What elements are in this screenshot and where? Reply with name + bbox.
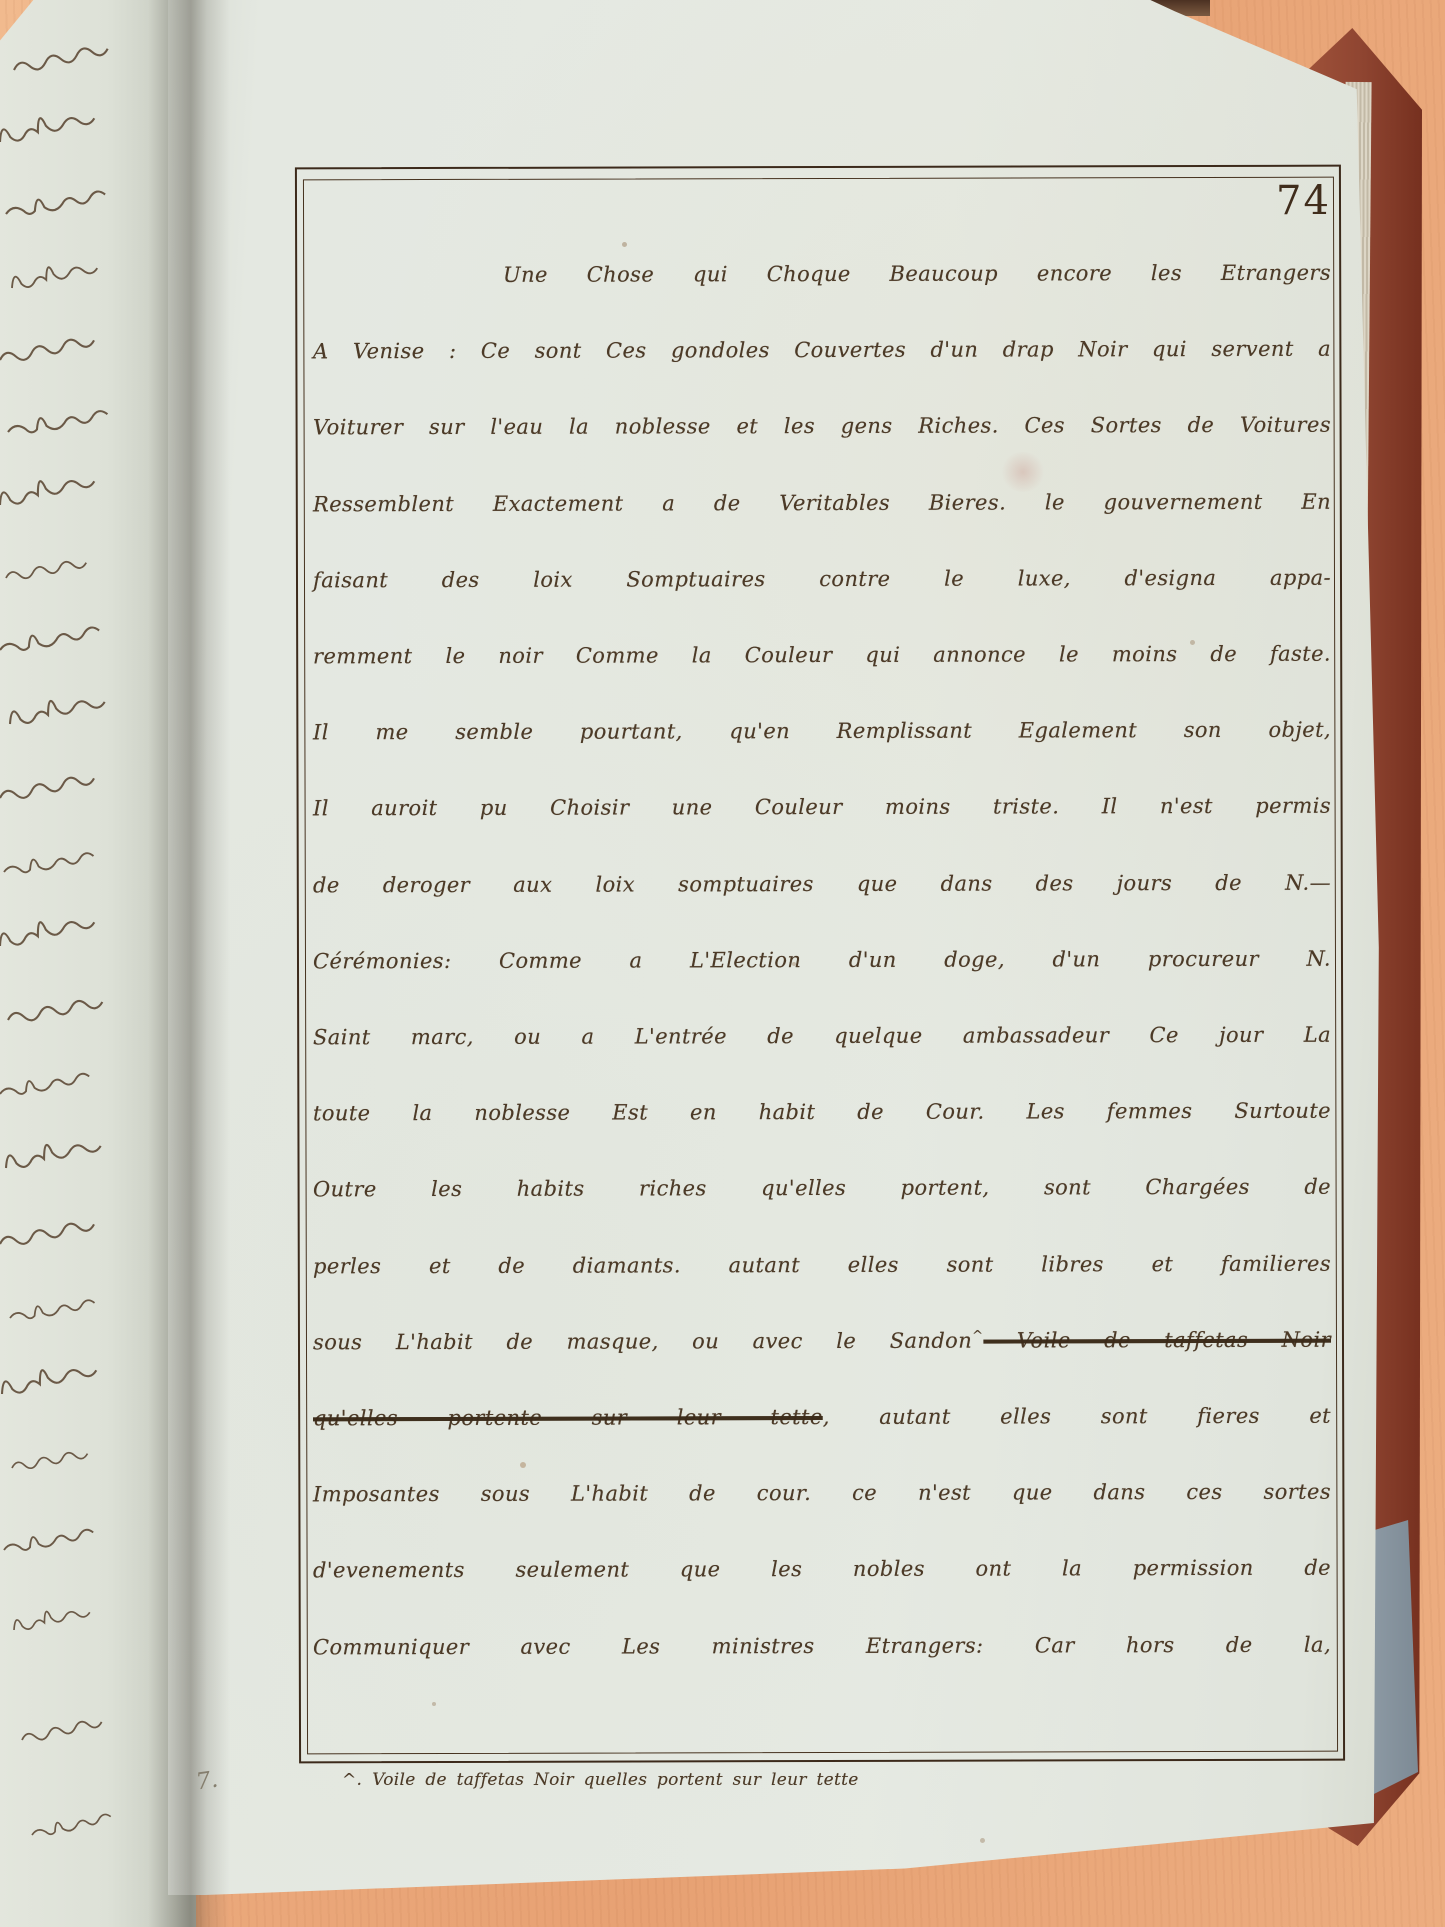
manuscript-line-17: Imposantes sous L'habit de cour. ce n'es…	[313, 1480, 1331, 1507]
photo-of-open-manuscript-book: 74 Une Chose qui Choque Beaucoup encore …	[0, 0, 1445, 1927]
handwriting-text: toute la noblesse Est en habit de Cour. …	[313, 1099, 1331, 1126]
handwriting-text: , autant elles sont fieres et	[823, 1404, 1331, 1429]
manuscript-line-6: remment le noir Comme la Couleur qui ann…	[313, 642, 1331, 669]
handwriting-text: Une Chose qui Choque Beaucoup encore les…	[503, 261, 1331, 287]
manuscript-line-2: A Venise : Ce sont Ces gondoles Couverte…	[313, 337, 1331, 364]
handwriting-text: Outre les habits riches qu'elles portent…	[313, 1175, 1331, 1202]
manuscript-line-13: Outre les habits riches qu'elles portent…	[313, 1175, 1331, 1202]
handwriting-text: d'evenements seulement que les nobles on…	[313, 1556, 1331, 1583]
handwriting-text: de deroger aux loix somptuaires que dans…	[313, 870, 1331, 897]
handwriting-text: perles et de diamants. autant elles sont…	[313, 1251, 1331, 1278]
manuscript-line-11: Saint marc, ou a L'entrée de quelque amb…	[313, 1023, 1331, 1050]
handwriting-text: remment le noir Comme la Couleur qui ann…	[313, 642, 1331, 669]
handwriting-text: Il me semble pourtant, qu'en Remplissant…	[313, 718, 1331, 745]
handwriting-text: ^	[972, 1328, 983, 1343]
handwriting-text: Il auroit pu Choisir une Couleur moins t…	[313, 794, 1331, 821]
footnote-text: Voile de taffetas Noir quelles portent s…	[372, 1770, 858, 1790]
manuscript-line-16: qu'elles portente sur leur tette, autant…	[313, 1404, 1331, 1431]
manuscript-line-18: d'evenements seulement que les nobles on…	[313, 1556, 1331, 1583]
manuscript-line-15: sous L'habit de masque, ou avec le Sando…	[313, 1327, 1331, 1354]
handwriting-text: Voiturer sur l'eau la noblesse et les ge…	[313, 413, 1331, 440]
manuscript-line-9: de deroger aux loix somptuaires que dans…	[313, 870, 1331, 897]
manuscript-line-12: toute la noblesse Est en habit de Cour. …	[313, 1099, 1331, 1126]
manuscript-line-14: perles et de diamants. autant elles sont…	[313, 1251, 1331, 1278]
manuscript-line-7: Il me semble pourtant, qu'en Remplissant…	[313, 718, 1331, 745]
manuscript-line-8: Il auroit pu Choisir une Couleur moins t…	[313, 794, 1331, 821]
handwriting-text: Cérémonies: Comme a L'Election d'un doge…	[313, 946, 1331, 973]
handwriting-text: faisant des loix Somptuaires contre le l…	[313, 565, 1331, 592]
manuscript-text: Une Chose qui Choque Beaucoup encore les…	[0, 0, 1445, 1927]
footnote: ^.Voile de taffetas Noir quelles portent…	[342, 1770, 859, 1790]
handwriting-text: Imposantes sous L'habit de cour. ce n'es…	[313, 1480, 1331, 1507]
handwriting-text: A Venise : Ce sont Ces gondoles Couverte…	[313, 337, 1331, 364]
manuscript-line-19: Communiquer avec Les ministres Etrangers…	[313, 1632, 1331, 1659]
handwriting-text: Saint marc, ou a L'entrée de quelque amb…	[313, 1023, 1331, 1050]
handwriting-text: Ressemblent Exactement a de Veritables B…	[313, 489, 1331, 516]
margin-pencil-mark: 7.	[194, 1767, 219, 1796]
struck-text: Voile de taffetas Noir	[983, 1327, 1331, 1352]
manuscript-line-4: Ressemblent Exactement a de Veritables B…	[313, 489, 1331, 516]
handwriting-text: sous L'habit de masque, ou avec le Sando…	[313, 1328, 972, 1354]
manuscript-line-5: faisant des loix Somptuaires contre le l…	[313, 565, 1331, 592]
manuscript-line-3: Voiturer sur l'eau la noblesse et les ge…	[313, 413, 1331, 440]
struck-text: qu'elles portente sur leur tette	[313, 1405, 823, 1430]
handwriting-text: Communiquer avec Les ministres Etrangers…	[313, 1632, 1331, 1659]
footnote-marker: ^.	[342, 1770, 362, 1790]
manuscript-line-10: Cérémonies: Comme a L'Election d'un doge…	[313, 946, 1331, 973]
manuscript-line-1: Une Chose qui Choque Beaucoup encore les…	[313, 261, 1331, 288]
